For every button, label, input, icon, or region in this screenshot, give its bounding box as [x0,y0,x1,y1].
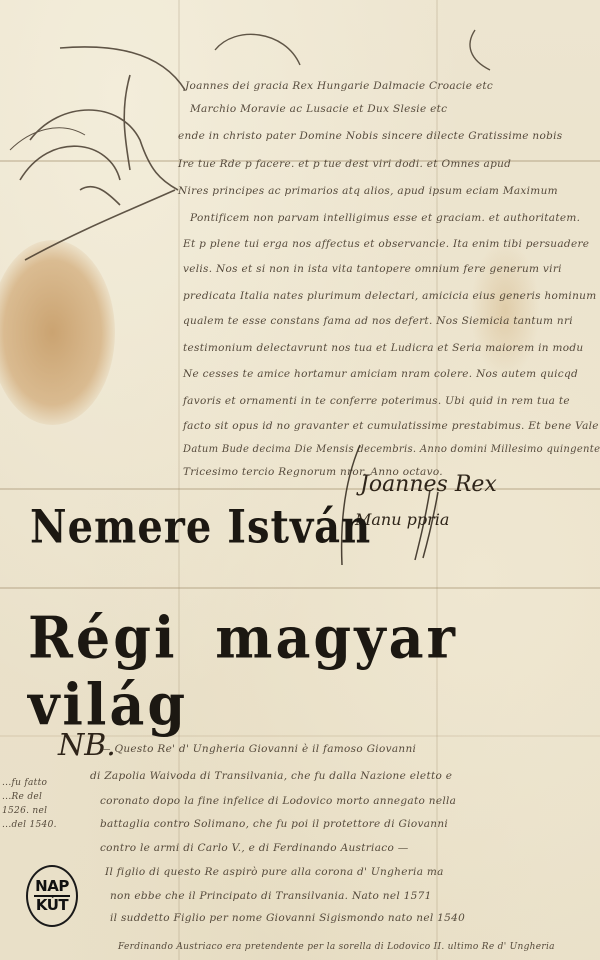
author-name: Nemere István [30,500,371,554]
note-line: non ebbe che il Principato di Transilvan… [110,890,432,902]
letter-line: testimonium delectavrunt nos tua et Ludi… [183,342,583,354]
letter-line: Nires principes ac primarios atq alios, … [178,185,558,197]
letter-line: Ire tue Rde p facere. et p tue dest viri… [178,158,511,170]
ornamental-r-icon [205,25,505,85]
letter-line: Pontificem non parvam intelligimus esse … [190,212,580,224]
ornamental-initial-icon [0,30,200,270]
note-line: il suddetto Figlio per nome Giovanni Sig… [110,912,465,924]
margin-note-line: ...del 1540. [2,820,57,830]
book-title: Régi magyar világ [28,604,600,738]
letter-line: Marchio Moravie ac Lusacie et Dux Slesie… [190,103,447,115]
letter-line: Ne cesses te amice hortamur amiciam nram… [183,368,578,380]
letter-line: ende in christo pater Domine Nobis since… [178,130,562,142]
margin-note-line: 1526. nel [2,806,47,816]
letter-line: velis. Nos et si non in ista vita tantop… [183,263,562,275]
letter-line: qualem te esse constans fama ad nos defe… [183,315,573,327]
margin-note-line: ...fu fatto [2,778,47,788]
note-line: battaglia contro Solimano, che fu poi il… [100,818,448,830]
publisher-logo: NAP KÚT [26,865,78,927]
logo-line-2: KÚT [36,898,68,913]
letter-line: predicata Italia nates plurimum delectar… [183,290,596,302]
note-line: Ferdinando Austriaco era pretendente per… [118,942,555,952]
note-line: contro le armi di Carlo V., e di Ferdina… [100,842,409,854]
note-line: Il figlio di questo Re aspirò pure alla … [105,866,444,878]
letter-line: Joannes dei gracia Rex Hungarie Dalmacie… [185,80,493,92]
fold-crease [0,488,600,490]
fold-crease [0,587,600,589]
letter-line: favoris et ornamenti in te conferre pote… [183,395,570,407]
letter-line: facto sit opus id no gravanter et cumula… [183,420,599,432]
note-line: — Questo Re' d' Ungheria Giovanni è il f… [100,743,416,755]
note-line: di Zapolia Waivoda di Transilvania, che … [90,770,452,782]
letter-line: Et p plene tui erga nos affectus et obse… [183,238,589,250]
margin-note-line: ...Re del [2,792,42,802]
note-line: coronato dopo la fine infelice di Lodovi… [100,795,456,807]
paper-stain [470,240,540,380]
logo-line-1: NAP [35,879,69,894]
